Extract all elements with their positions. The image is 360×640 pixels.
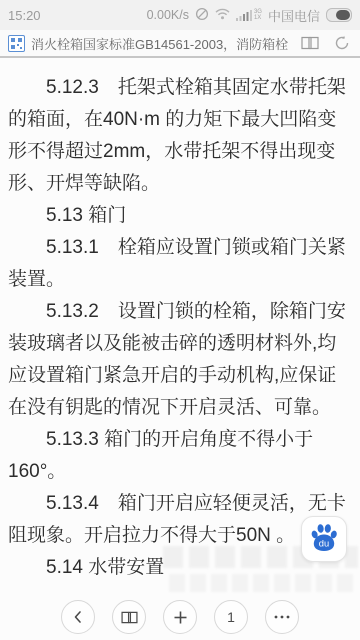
refresh-icon[interactable] bbox=[332, 33, 352, 53]
baidu-paw-icon: du bbox=[307, 520, 341, 559]
add-tab-button[interactable] bbox=[163, 600, 197, 634]
reader-mode-icon[interactable] bbox=[300, 33, 320, 53]
clause-5-13-3: 5.13.3 箱门的开启角度不得小于160°。 bbox=[8, 424, 352, 488]
do-not-disturb-icon bbox=[195, 7, 209, 24]
tab-count-label: 1 bbox=[227, 609, 235, 625]
clause-5-12-3: 5.12.3 托架式栓箱其固定水带托架的箱面，在40N·m 的力矩下最大凹陷变形… bbox=[8, 72, 352, 200]
clause-5-13: 5.13 箱门 bbox=[8, 200, 352, 232]
tab-bar[interactable]: 消火栓箱国家标准GB14561-2003，消防箱栓 bbox=[0, 30, 360, 58]
browser-screen: 15:20 0.00K/s bbox=[0, 0, 360, 640]
page-title: 消火栓箱国家标准GB14561-2003，消防箱栓 bbox=[31, 34, 288, 53]
wifi-icon bbox=[215, 8, 230, 23]
clock: 15:20 bbox=[8, 8, 41, 23]
network-type-1x: 1X bbox=[254, 15, 262, 21]
baidu-fab-button[interactable]: du bbox=[301, 516, 347, 562]
menu-button[interactable] bbox=[265, 600, 299, 634]
clause-5-13-2: 5.13.2 设置门锁的栓箱，除箱门安装玻璃者以及能被击碎的透明材料外,均应设置… bbox=[8, 296, 352, 424]
network-speed: 0.00K/s bbox=[147, 8, 189, 22]
signal-bars-icon: 3G 1X bbox=[236, 9, 262, 21]
windows-button[interactable]: 1 bbox=[214, 600, 248, 634]
status-bar: 15:20 0.00K/s bbox=[0, 0, 360, 30]
bookmarks-button[interactable] bbox=[112, 600, 146, 634]
clause-5-13-1: 5.13.1 栓箱应设置门锁或箱门关紧装置。 bbox=[8, 232, 352, 296]
site-favicon-icon bbox=[8, 35, 25, 52]
battery-icon bbox=[326, 8, 352, 22]
bottom-toolbar: 1 bbox=[0, 594, 360, 640]
clause-5-14: 5.14 水带安置 bbox=[8, 552, 352, 584]
baidu-du-label: du bbox=[319, 538, 329, 548]
carrier-label: 中国电信 bbox=[268, 6, 320, 25]
document-content: 5.12.3 托架式栓箱其固定水带托架的箱面，在40N·m 的力矩下最大凹陷变形… bbox=[0, 58, 360, 584]
back-button[interactable] bbox=[61, 600, 95, 634]
